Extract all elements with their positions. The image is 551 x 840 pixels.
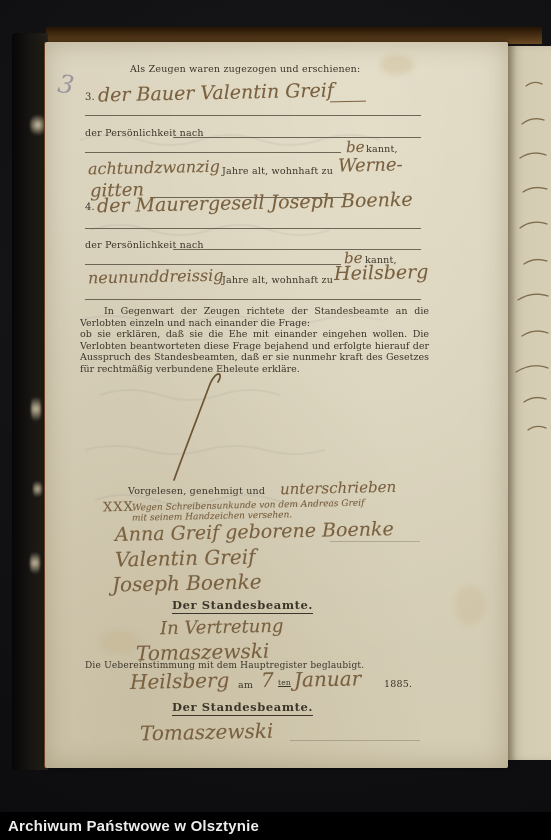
declaration-paragraph: In Gegenwart der Zeugen richtete der Sta… [80,306,429,375]
witness3-age: achtundzwanzig [88,157,220,179]
signature-valentin-greif: Valentin Greif [115,545,256,572]
date-month: Januar [294,666,362,691]
form-rule [290,740,420,741]
page-stain [100,630,140,654]
form-rule [85,152,341,153]
witness4-residence: Heilsberg [334,261,429,285]
form-rule [330,541,420,542]
illiteracy-mark: XXX [103,500,134,516]
date-day: 7 [261,668,274,692]
archival-scan: 3 Als Zeugen waren zugezogen und erschie… [0,0,551,840]
date-year: 1885. [384,679,412,690]
date-am-label: am [238,680,253,691]
cover-worn-spot [30,112,46,138]
book-cover-left [12,33,48,770]
page-right [508,46,551,760]
known-print-1: kannt, [366,144,398,155]
registrar-title-1: Der Standesbeamte. [172,598,313,614]
archive-caption: Archiwum Państwowe w Olsztynie [8,818,259,835]
declaration-paragraph-2: ob sie erklären, daß sie die Ehe mit ein… [80,329,429,375]
registrar-signature-2: Tomaszewski [140,719,274,746]
archive-bar: Archiwum Państwowe w Olsztynie [0,812,551,840]
declaration-paragraph-1: In Gegenwart der Zeugen richtete der Sta… [80,306,429,329]
deputy-note: In Vertretung [160,616,284,640]
page-stain [380,55,414,75]
form-rule [85,228,421,229]
witness4-age: neununddreissig [88,266,224,288]
page-stain [455,585,485,625]
page-main [45,42,508,768]
date-day-suffix: ten [278,678,291,687]
form-rule [85,115,421,116]
form-rule [173,137,421,138]
form-rule [85,299,421,300]
closing-handwritten: unterschrieben [280,478,396,498]
signature-joseph-boenke: Joseph Boenke [112,569,262,596]
cover-worn-spot [30,548,40,578]
cover-worn-spot [31,392,41,426]
age-label-1: Jahre alt, wohnhaft zu [222,166,333,177]
witness3-residence-1: Werne- [338,154,403,176]
known-hand-1: be [346,138,365,156]
witness-heading: Als Zeugen waren zugezogen und erschiene… [130,64,360,75]
registrar-title-2: Der Standesbeamte. [172,700,313,716]
witness4-prefix: 4. [85,202,95,213]
date-place: Heilsberg [130,668,230,694]
cover-worn-spot [33,478,42,500]
age-label-2: Jahre alt, wohnhaft zu [222,275,333,286]
closing-printed: Vorgelesen, genehmigt und [128,486,265,497]
form-rule [173,249,421,250]
witness3-prefix: 3. [85,92,95,103]
